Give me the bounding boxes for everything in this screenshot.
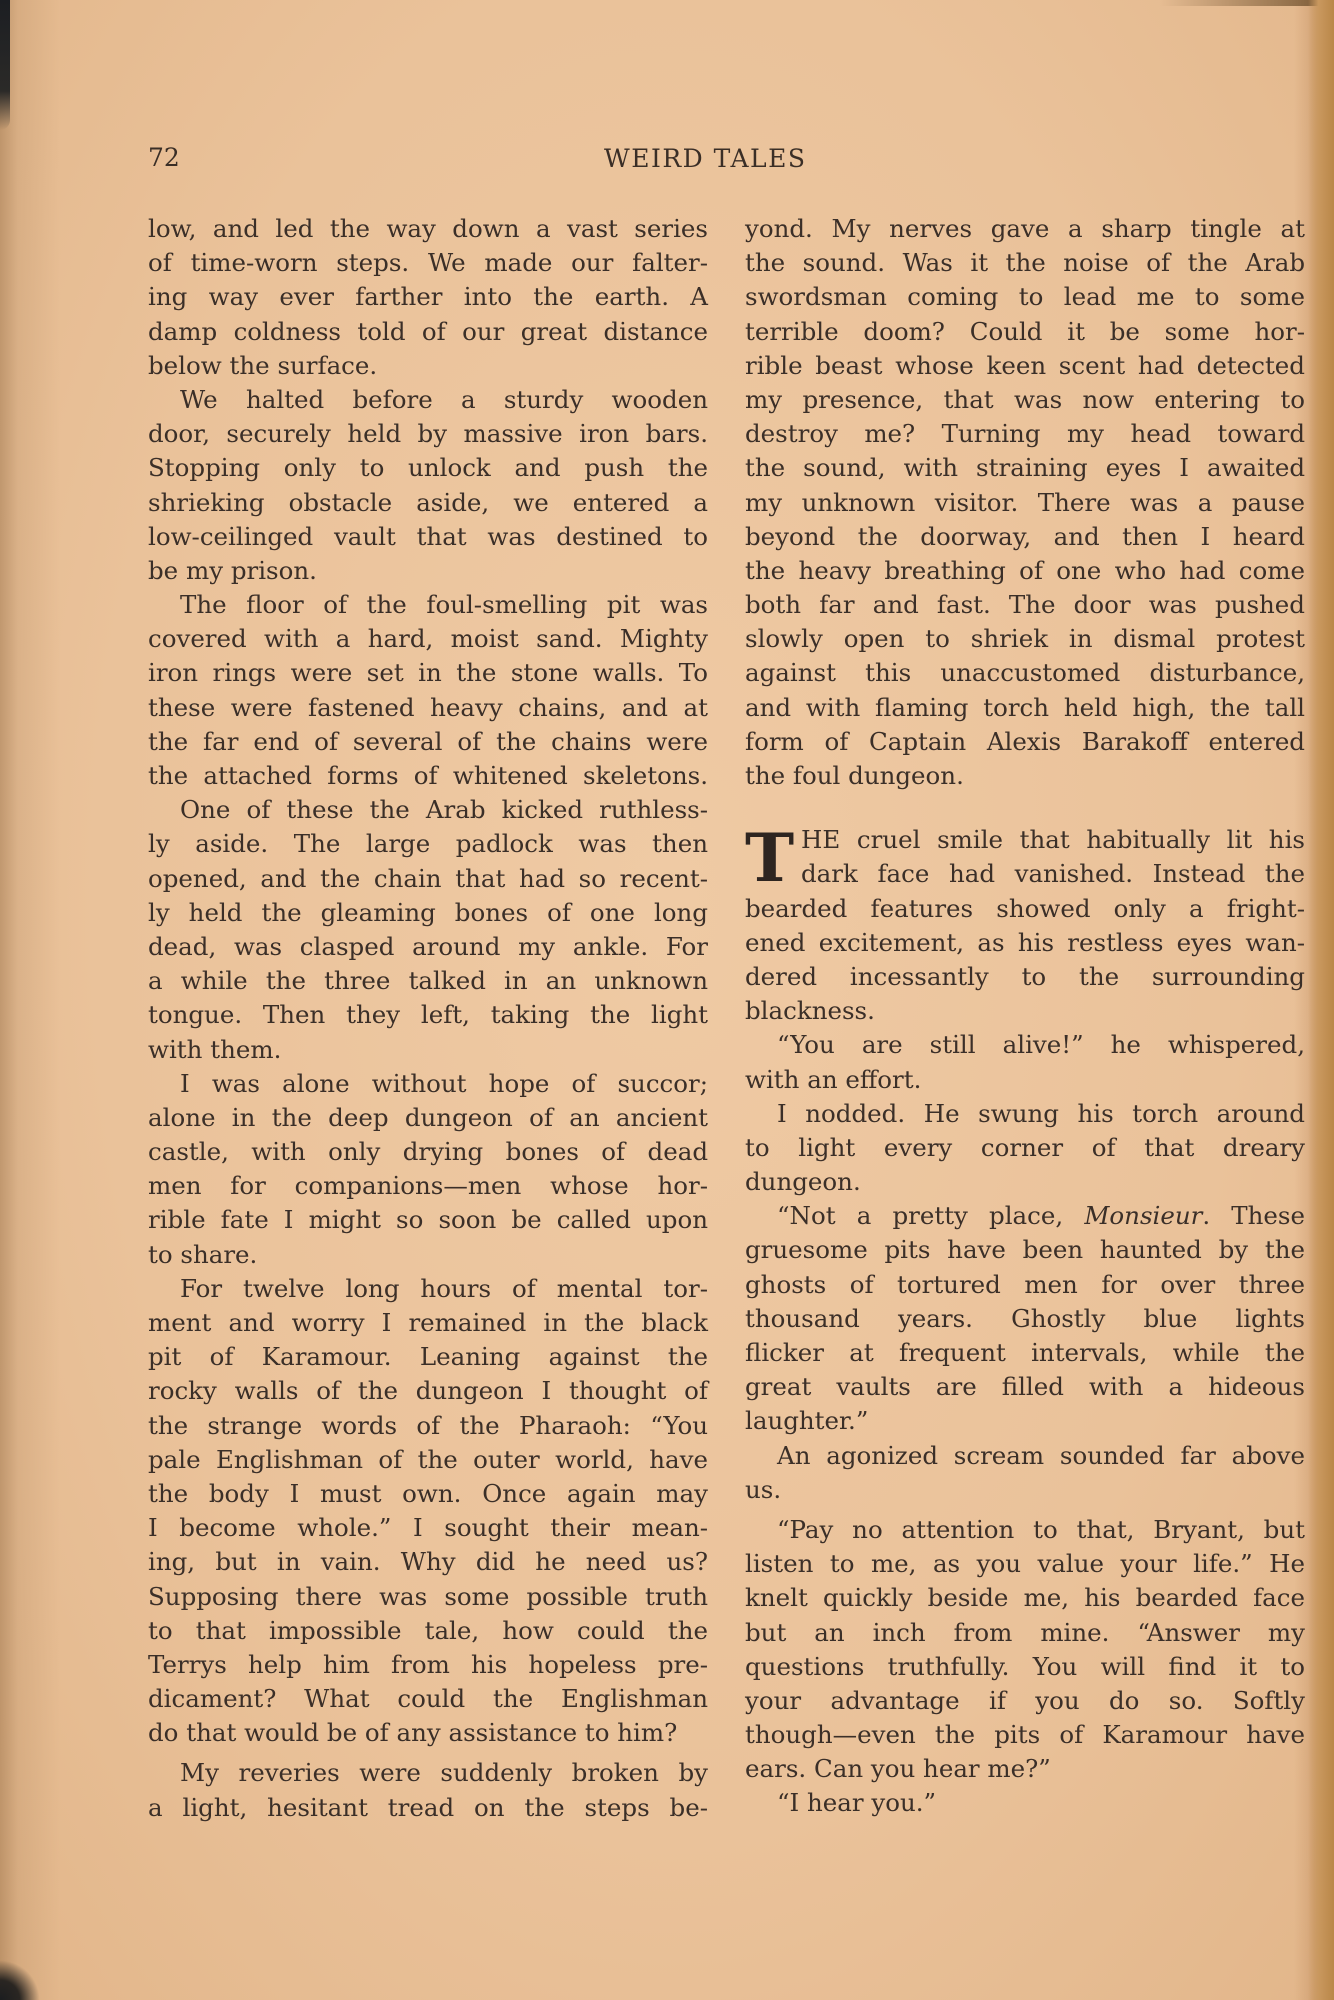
text-line: beyond the doorway, and then I heard [745, 520, 1305, 554]
text-line: with them. [148, 1033, 708, 1067]
text-run: cruel smile that habitually lit his [840, 825, 1305, 854]
text-line: I nodded. He swung his torch around [745, 1097, 1305, 1131]
text-line: a light, hesitant tread on the steps be- [148, 1791, 708, 1825]
section-break [745, 793, 1305, 823]
text-line: bearded features showed only a fright- [745, 892, 1305, 926]
text-line: The floor of the foul-smelling pit was [148, 588, 708, 622]
text-line: the attached forms of whitened skeletons… [148, 759, 708, 793]
right-column: yond. My nerves gave a sharp tingle at t… [745, 212, 1305, 1821]
smallcaps-word: HE [801, 825, 840, 854]
text-line: rocky walls of the dungeon I thought of [148, 1374, 708, 1408]
text-line: your advantage if you do so. Softly [745, 1684, 1305, 1718]
text-line: both far and fast. The door was pushed [745, 588, 1305, 622]
text-line: the heavy breathing of one who had come [745, 554, 1305, 588]
text-line: below the surface. [148, 349, 708, 383]
text-line: low, and led the way down a vast series [148, 212, 708, 246]
text-line: Supposing there was some possible truth [148, 1580, 708, 1614]
text-line: the strange words of the Pharaoh: “You [148, 1409, 708, 1443]
text-line: covered with a hard, moist sand. Mighty [148, 622, 708, 656]
text-line: questions truthfully. You will find it t… [745, 1650, 1305, 1684]
text-line: Stopping only to unlock and push the [148, 451, 708, 485]
text-line: listen to me, as you value your life.” H… [745, 1547, 1305, 1581]
text-line: to that impossible tale, how could the [148, 1614, 708, 1648]
text-line: dered incessantly to the surrounding [745, 960, 1305, 994]
text-line: “Pay no attention to that, Bryant, but [745, 1513, 1305, 1547]
text-line: gruesome pits have been haunted by the [745, 1233, 1305, 1267]
text-line: men for companions—men whose hor- [148, 1169, 708, 1203]
text-line: these were fastened heavy chains, and at [148, 691, 708, 725]
text-line: ing, but in vain. Why did he need us? [148, 1545, 708, 1579]
text-line: An agonized scream sounded far above [745, 1439, 1305, 1473]
text-line: damp coldness told of our great distance [148, 315, 708, 349]
text-line: rible fate I might so soon be called upo… [148, 1203, 708, 1237]
text-line: low-ceilinged vault that was destined to [148, 520, 708, 554]
text-line: yond. My nerves gave a sharp tingle at [745, 212, 1305, 246]
text-line: HE cruel smile that habitually lit his [745, 823, 1305, 857]
text-line: with an effort. [745, 1063, 1305, 1097]
text-run: “Not a pretty place, [777, 1201, 1084, 1230]
text-line: dicament? What could the Englishman [148, 1682, 708, 1716]
text-line: I was alone without hope of succor; [148, 1067, 708, 1101]
text-line: ly held the gleaming bones of one long [148, 896, 708, 930]
text-line: ghosts of tortured men for over three [745, 1268, 1305, 1302]
text-line: my unknown visitor. There was a pause [745, 486, 1305, 520]
text-line: dark face had vanished. Instead the [745, 857, 1305, 891]
book-binding-top [0, 0, 10, 130]
page-number: 72 [148, 143, 180, 172]
text-line: dead, was clasped around my ankle. For [148, 930, 708, 964]
book-binding-bottom [0, 1960, 40, 2000]
text-line: the body I must own. Once again may [148, 1477, 708, 1511]
text-line: “I hear you.” [745, 1786, 1305, 1820]
text-line: great vaults are filled with a hideous [745, 1370, 1305, 1404]
text-line: For twelve long hours of mental tor- [148, 1272, 708, 1306]
italic-word: Monsieur [1084, 1201, 1202, 1230]
text-line: alone in the deep dungeon of an ancient [148, 1101, 708, 1135]
text-line: the far end of several of the chains wer… [148, 725, 708, 759]
text-line: and with flaming torch held high, the ta… [745, 691, 1305, 725]
text-line: the sound, with straining eyes I awaited [745, 451, 1305, 485]
text-line: flicker at frequent intervals, while the [745, 1336, 1305, 1370]
text-line: opened, and the chain that had so recent… [148, 862, 708, 896]
running-title: WEIRD TALES [604, 144, 806, 173]
text-line: dungeon. [745, 1165, 1305, 1199]
text-line: castle, with only drying bones of dead [148, 1135, 708, 1169]
text-line: thousand years. Ghostly blue lights [745, 1302, 1305, 1336]
text-line: terrible doom? Could it be some hor- [745, 315, 1305, 349]
text-line: us. [745, 1473, 1305, 1507]
text-line: rible beast whose keen scent had detecte… [745, 349, 1305, 383]
text-line: “Not a pretty place, Monsieur. These [745, 1199, 1305, 1233]
text-line: against this unaccustomed disturbance, [745, 656, 1305, 690]
book-page: 72 WEIRD TALES low, and led the way down… [0, 0, 1334, 2000]
text-line: though—even the pits of Karamour have [745, 1718, 1305, 1752]
text-line: ment and worry I remained in the black [148, 1306, 708, 1340]
text-line: ears. Can you hear me?” [745, 1752, 1305, 1786]
text-line: pale Englishman of the outer world, have [148, 1443, 708, 1477]
text-line: of time-worn steps. We made our falter- [148, 246, 708, 280]
text-line: to share. [148, 1238, 708, 1272]
text-line: to light every corner of that dreary [745, 1131, 1305, 1165]
text-line: ing way ever farther into the earth. A [148, 280, 708, 314]
text-line: I become whole.” I sought their mean- [148, 1511, 708, 1545]
text-line: a while the three talked in an unknown [148, 964, 708, 998]
text-line: laughter.” [745, 1404, 1305, 1438]
text-line: We halted before a sturdy wooden [148, 383, 708, 417]
text-line: ly aside. The large padlock was then [148, 827, 708, 861]
text-line: One of these the Arab kicked ruthless- [148, 793, 708, 827]
text-line: tongue. Then they left, taking the light [148, 998, 708, 1032]
text-line: but an inch from mine. “Answer my [745, 1616, 1305, 1650]
text-line: my presence, that was now entering to [745, 383, 1305, 417]
text-line: the foul dungeon. [745, 759, 1305, 793]
page-header: 72 WEIRD TALES [0, 140, 1334, 180]
text-line: knelt quickly beside me, his bearded fac… [745, 1581, 1305, 1615]
text-line: swordsman coming to lead me to some [745, 280, 1305, 314]
text-line: pit of Karamour. Leaning against the [148, 1340, 708, 1374]
text-line: destroy me? Turning my head toward [745, 417, 1305, 451]
dropcap-paragraph-start: T HE cruel smile that habitually lit his… [745, 823, 1305, 891]
text-line: Terrys help him from his hopeless pre- [148, 1648, 708, 1682]
text-line: the sound. Was it the noise of the Arab [745, 246, 1305, 280]
page-right-edge [1308, 0, 1334, 2000]
text-line: “You are still alive!” he whispered, [745, 1028, 1305, 1062]
text-line: do that would be of any assistance to hi… [148, 1716, 708, 1750]
text-line: slowly open to shriek in dismal protest [745, 622, 1305, 656]
dropcap-letter: T [745, 827, 794, 889]
text-line: blackness. [745, 994, 1305, 1028]
text-line: My reveries were suddenly broken by [148, 1756, 708, 1790]
text-line: ened excitement, as his restless eyes wa… [745, 926, 1305, 960]
text-line: shrieking obstacle aside, we entered a [148, 486, 708, 520]
text-line: be my prison. [148, 554, 708, 588]
text-line: door, securely held by massive iron bars… [148, 417, 708, 451]
left-column: low, and led the way down a vast series … [148, 212, 708, 1825]
text-run: . These [1202, 1201, 1305, 1230]
text-line: form of Captain Alexis Barakoff entered [745, 725, 1305, 759]
text-line: iron rings were set in the stone walls. … [148, 656, 708, 690]
